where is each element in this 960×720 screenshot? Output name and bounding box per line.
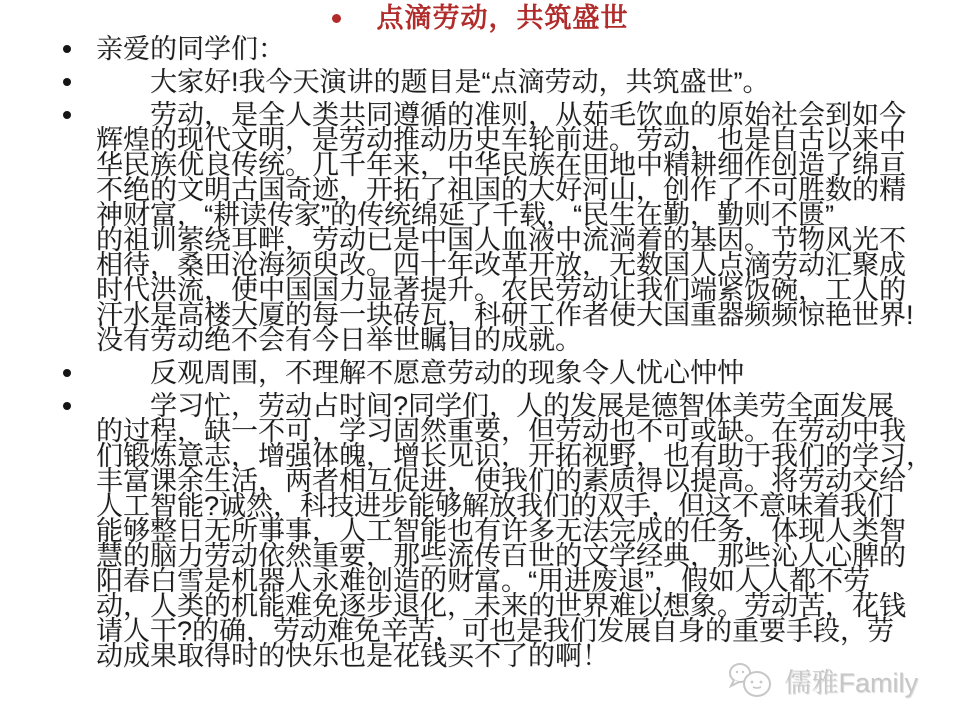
bullet-list: 亲爱的同学们：大家好!我今天演讲的题目是“点滴劳动，共筑盛世”。劳动，是全人类共…	[0, 37, 960, 677]
bullet-item: 反观周围，不理解不愿意劳动的现象令人忧心忡忡	[0, 361, 960, 386]
bullet-icon	[63, 402, 71, 410]
text-line: 大家好!我今天演讲的题目是“点滴劳动，共筑盛世”。	[96, 70, 960, 95]
paragraph: 劳动，是全人类共同遵循的准则，从茹毛饮血的原始社会到如今辉煌的现代文明，是劳动推…	[96, 103, 960, 353]
paragraph: 大家好!我今天演讲的题目是“点滴劳动，共筑盛世”。	[96, 70, 960, 95]
bullet-icon	[63, 78, 71, 86]
slide-title-row: 点滴劳动，共筑盛世	[0, 5, 960, 31]
chat-bubbles-mascot-icon	[726, 660, 778, 700]
paragraph: 亲爱的同学们：	[96, 37, 960, 62]
bullet-item: 劳动，是全人类共同遵循的准则，从茹毛饮血的原始社会到如今辉煌的现代文明，是劳动推…	[0, 103, 960, 353]
bullet-icon	[63, 369, 71, 377]
bullet-icon	[63, 111, 71, 119]
title-bullet-icon	[332, 14, 341, 23]
slide-title: 点滴劳动，共筑盛世	[377, 5, 629, 31]
bullet-item: 亲爱的同学们：	[0, 37, 960, 62]
paragraph: 反观周围，不理解不愿意劳动的现象令人忧心忡忡	[96, 361, 960, 386]
bullet-item: 学习忙，劳动占时间?同学们，人的发展是德智体美劳全面发展的过程，缺一不可，学习固…	[0, 394, 960, 669]
watermark-text: 儒雅Family	[785, 661, 919, 700]
text-line: 亲爱的同学们：	[96, 37, 960, 62]
watermark: 儒雅Family	[726, 660, 919, 700]
presentation-slide: 点滴劳动，共筑盛世 亲爱的同学们：大家好!我今天演讲的题目是“点滴劳动，共筑盛世…	[0, 0, 960, 720]
bullet-icon	[63, 45, 71, 53]
bullet-item: 大家好!我今天演讲的题目是“点滴劳动，共筑盛世”。	[0, 70, 960, 95]
text-line: 没有劳动绝不会有今日举世瞩目的成就。	[96, 328, 960, 353]
text-line: 反观周围，不理解不愿意劳动的现象令人忧心忡忡	[96, 361, 960, 386]
paragraph: 学习忙，劳动占时间?同学们，人的发展是德智体美劳全面发展的过程，缺一不可，学习固…	[96, 394, 960, 669]
